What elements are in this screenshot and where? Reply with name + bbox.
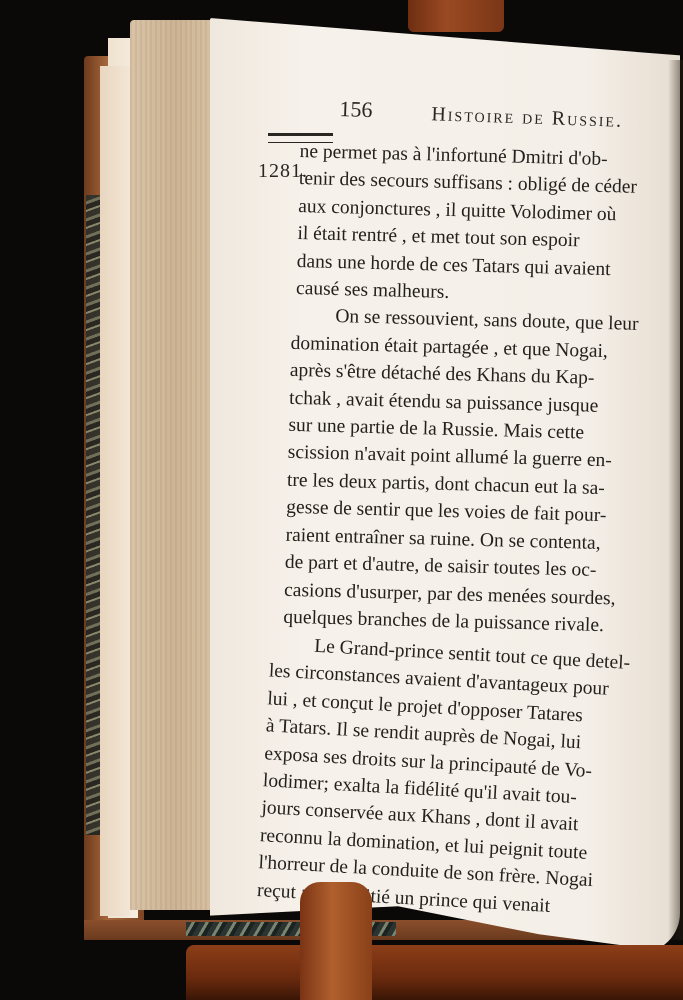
- endpaper: [100, 66, 130, 916]
- page-number: 156: [339, 96, 373, 123]
- wooden-stand-top-clip: [408, 0, 504, 32]
- page-block-edges: [130, 20, 218, 910]
- wooden-stand-base: [186, 945, 683, 1000]
- photo-scene: 156 Histoire de Russie. 1281. ne permet …: [0, 0, 683, 1000]
- running-title: Histoire de Russie.: [431, 103, 623, 133]
- wooden-stand-peg: [300, 882, 372, 1000]
- body-text: ne permet pas à l'infortuné Dmitri d'ob-…: [280, 138, 680, 915]
- marbled-cover-board: [86, 195, 100, 835]
- paragraph-2: On se ressouvient, sans doute, que leur …: [283, 302, 675, 641]
- paragraph-1: ne permet pas à l'infortuné Dmitri d'ob-…: [296, 138, 680, 312]
